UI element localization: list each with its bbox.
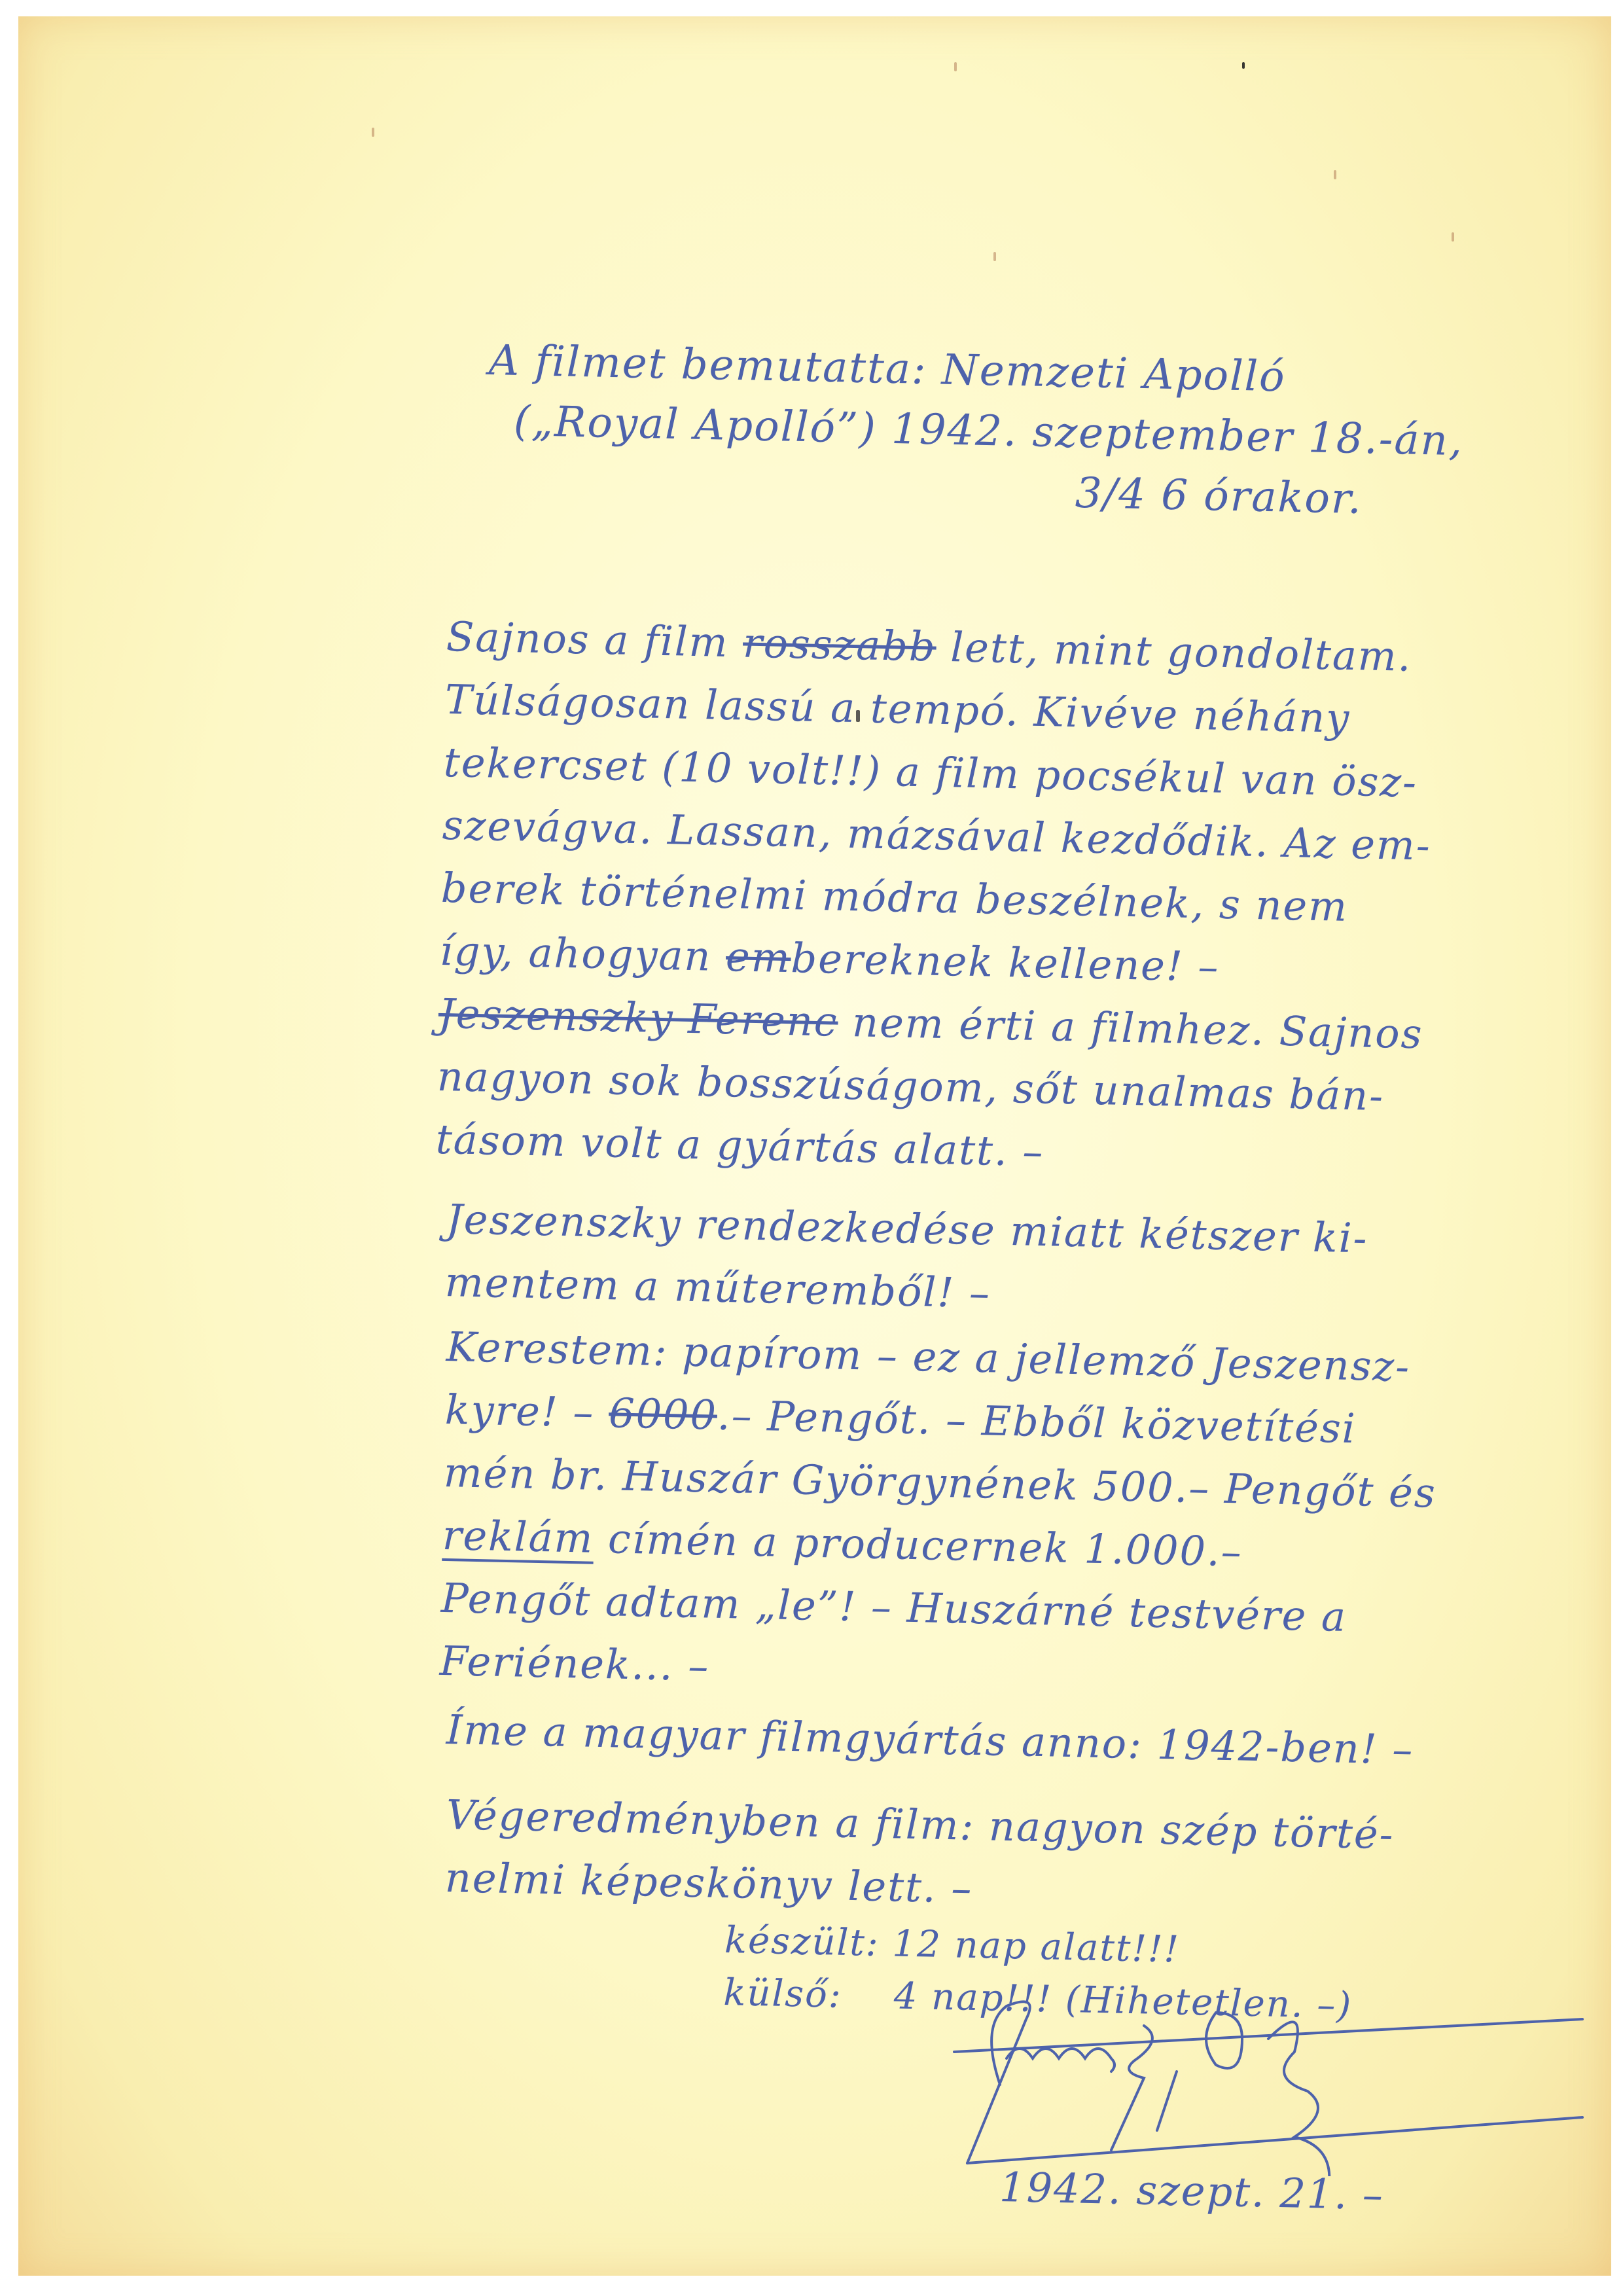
paper-sheet: A filmet bemutatta: Nemzeti Apolló („Roy… — [18, 16, 1611, 2276]
signature-date: 1942. szept. 21. – — [999, 2163, 1384, 2219]
struck-word: rosszabb — [742, 619, 936, 670]
struck-amount: 6000 — [608, 1389, 717, 1439]
header: A filmet bemutatta: Nemzeti Apolló („Roy… — [486, 331, 1465, 531]
signature — [928, 1980, 1615, 2176]
paragraph-5: Végeredményben a film: nagyon szép törté… — [444, 1784, 1395, 1929]
struck-name: Jeszenszky Ferenc — [438, 990, 838, 1046]
struck-word: em — [725, 933, 791, 982]
paragraph-4: Íme a magyar filmgyártás anno: 1942-ben!… — [446, 1698, 1414, 1782]
body-line: Íme a magyar filmgyártás anno: 1942-ben!… — [446, 1698, 1414, 1782]
paragraph-2: Jeszenszky rendezkedése miatt kétszer ki… — [444, 1188, 1368, 1333]
paragraph-3: Kerestem: papírom – ez a jellemző Jeszen… — [439, 1316, 1440, 1713]
underlined-word: reklám — [442, 1511, 594, 1562]
header-line-3: 3/4 6 órakor. — [1075, 463, 1463, 531]
paragraph-1: Sajnos a film rosszabb lett, mint gondol… — [435, 605, 1436, 1191]
